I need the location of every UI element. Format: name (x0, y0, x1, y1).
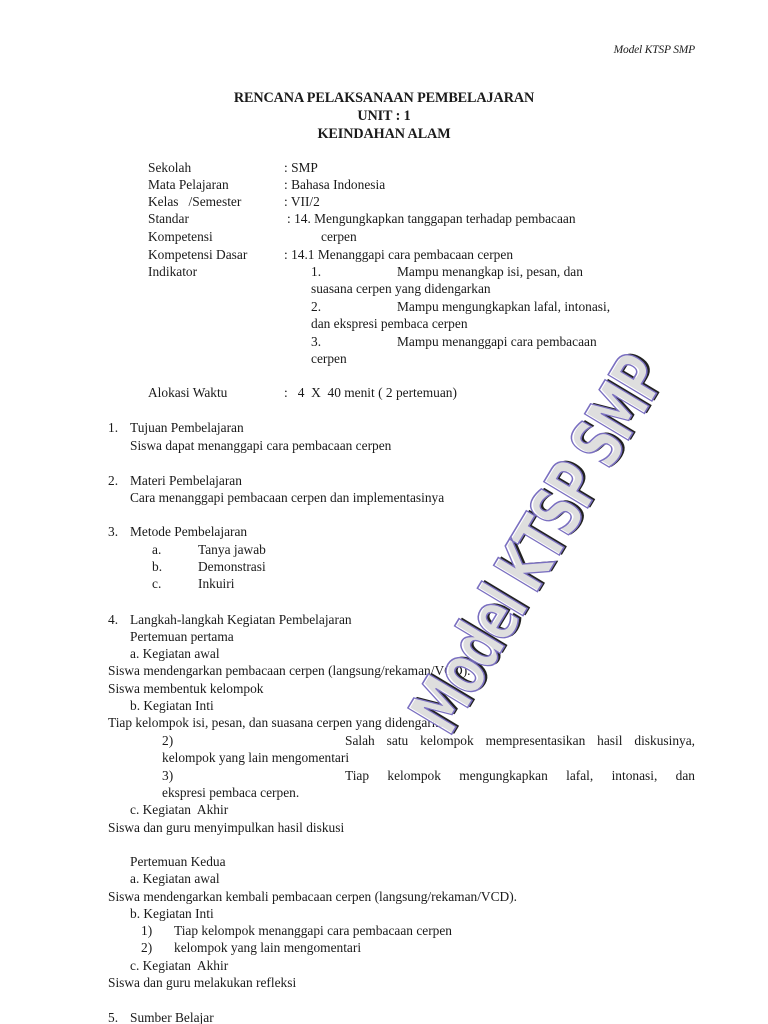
method-letter: b. (152, 558, 162, 575)
section-heading: Materi Pembelajaran (130, 472, 242, 489)
label-indikator: Indikator (148, 263, 197, 280)
label-alokasi-waktu: Alokasi Waktu (148, 384, 227, 401)
document-page: Model KTSP SMP RENCANA PELAKSANAAN PEMBE… (0, 0, 768, 1024)
section-heading: Tujuan Pembelajaran (130, 419, 244, 436)
method-letter: c. (152, 575, 161, 592)
indikator-1-cont: suasana cerpen yang didengarkan (311, 280, 491, 297)
meeting-2-awal-label: a. Kegiatan awal (130, 870, 220, 887)
section-number: 5. (108, 1009, 118, 1024)
doc-subtitle: KEINDAHAN ALAM (0, 125, 768, 143)
section-heading: Metode Pembelajaran (130, 523, 247, 540)
method-letter: a. (152, 541, 161, 558)
section-heading: Langkah-langkah Kegiatan Pembelajaran (130, 611, 352, 628)
doc-title: RENCANA PELAKSANAAN PEMBELAJARAN (0, 89, 768, 107)
meeting-2-akhir-line: Siswa dan guru melakukan refleksi (108, 974, 296, 991)
meeting-2-inti-item-num: 1) (141, 922, 152, 939)
indikator-2-cont: dan ekspresi pembaca cerpen (311, 315, 468, 332)
value-kompetensi-cont: cerpen (321, 228, 357, 245)
section-number: 3. (108, 523, 118, 540)
method-item: Inkuiri (198, 575, 234, 592)
meeting-2-inti-item-text: kelompok yang lain mengomentari (174, 939, 361, 956)
running-header: Model KTSP SMP (614, 44, 695, 56)
method-item: Demonstrasi (198, 558, 266, 575)
indikator-2-text: Mampu mengungkapkan lafal, intonasi, (397, 298, 610, 315)
meeting-1-awal-line-1: Siswa mendengarkan pembacaan cerpen (lan… (108, 662, 471, 679)
meeting-1-inti-item-cont: kelompok yang lain mengomentari (162, 749, 349, 766)
meeting-1-inti-item-text: Tiap kelompok mengungkapkan lafal, inton… (345, 767, 695, 784)
value-alokasi-waktu: : 4 X 40 menit ( 2 pertemuan) (284, 384, 457, 401)
meeting-1-akhir-line: Siswa dan guru menyimpulkan hasil diskus… (108, 819, 344, 836)
section-heading: Sumber Belajar (130, 1009, 214, 1024)
label-kelas-semester: Kelas /Semester (148, 193, 241, 210)
value-kelas-semester: : VII/2 (284, 193, 320, 210)
meeting-1-inti-line: Tiap kelompok isi, pesan, dan suasana ce… (108, 714, 451, 731)
meeting-1-akhir-label: c. Kegiatan Akhir (130, 801, 228, 818)
meeting-2-akhir-label: c. Kegiatan Akhir (130, 957, 228, 974)
meeting-1-inti-label: b. Kegiatan Inti (130, 697, 214, 714)
meeting-2-awal-line: Siswa mendengarkan kembali pembacaan cer… (108, 888, 517, 905)
value-standar: : 14. Mengungkapkan tanggapan terhadap p… (287, 210, 576, 227)
meeting-1-title: Pertemuan pertama (130, 628, 234, 645)
meeting-1-inti-item-text: Salah satu kelompok mempresentasikan has… (345, 732, 695, 749)
section-body: Siswa dapat menanggapi cara pembacaan ce… (130, 437, 391, 454)
meeting-1-inti-item-num: 2) (162, 732, 173, 749)
meeting-1-inti-item-num: 3) (162, 767, 173, 784)
label-kompetensi: Kompetensi (148, 228, 213, 245)
label-standar: Standar (148, 210, 189, 227)
section-number: 4. (108, 611, 118, 628)
value-kompetensi-dasar: : 14.1 Menanggapi cara pembacaan cerpen (284, 246, 513, 263)
indikator-1-num: 1. (311, 263, 321, 280)
meeting-2-inti-item-text: Tiap kelompok menanggapi cara pembacaan … (174, 922, 452, 939)
section-number: 1. (108, 419, 118, 436)
meeting-2-title: Pertemuan Kedua (130, 853, 226, 870)
meeting-1-inti-item-cont: ekspresi pembaca cerpen. (162, 784, 299, 801)
section-number: 2. (108, 472, 118, 489)
indikator-1-text: Mampu menangkap isi, pesan, dan (397, 263, 583, 280)
section-body: Cara menanggapi pembacaan cerpen dan imp… (130, 489, 444, 506)
label-kompetensi-dasar: Kompetensi Dasar (148, 246, 247, 263)
method-item: Tanya jawab (198, 541, 266, 558)
meeting-1-awal-line-2: Siswa membentuk kelompok (108, 680, 263, 697)
label-sekolah: Sekolah (148, 159, 191, 176)
indikator-3-cont: cerpen (311, 350, 347, 367)
value-sekolah: : SMP (284, 159, 318, 176)
meeting-2-inti-label: b. Kegiatan Inti (130, 905, 214, 922)
doc-unit: UNIT : 1 (0, 107, 768, 125)
indikator-3-text: Mampu menanggapi cara pembacaan (397, 333, 597, 350)
watermark-text: Model KTSP SMP (398, 346, 675, 743)
indikator-2-num: 2. (311, 298, 321, 315)
label-mata-pelajaran: Mata Pelajaran (148, 176, 229, 193)
meeting-2-inti-item-num: 2) (141, 939, 152, 956)
value-mata-pelajaran: : Bahasa Indonesia (284, 176, 385, 193)
indikator-3-num: 3. (311, 333, 321, 350)
meeting-1-awal-label: a. Kegiatan awal (130, 645, 220, 662)
